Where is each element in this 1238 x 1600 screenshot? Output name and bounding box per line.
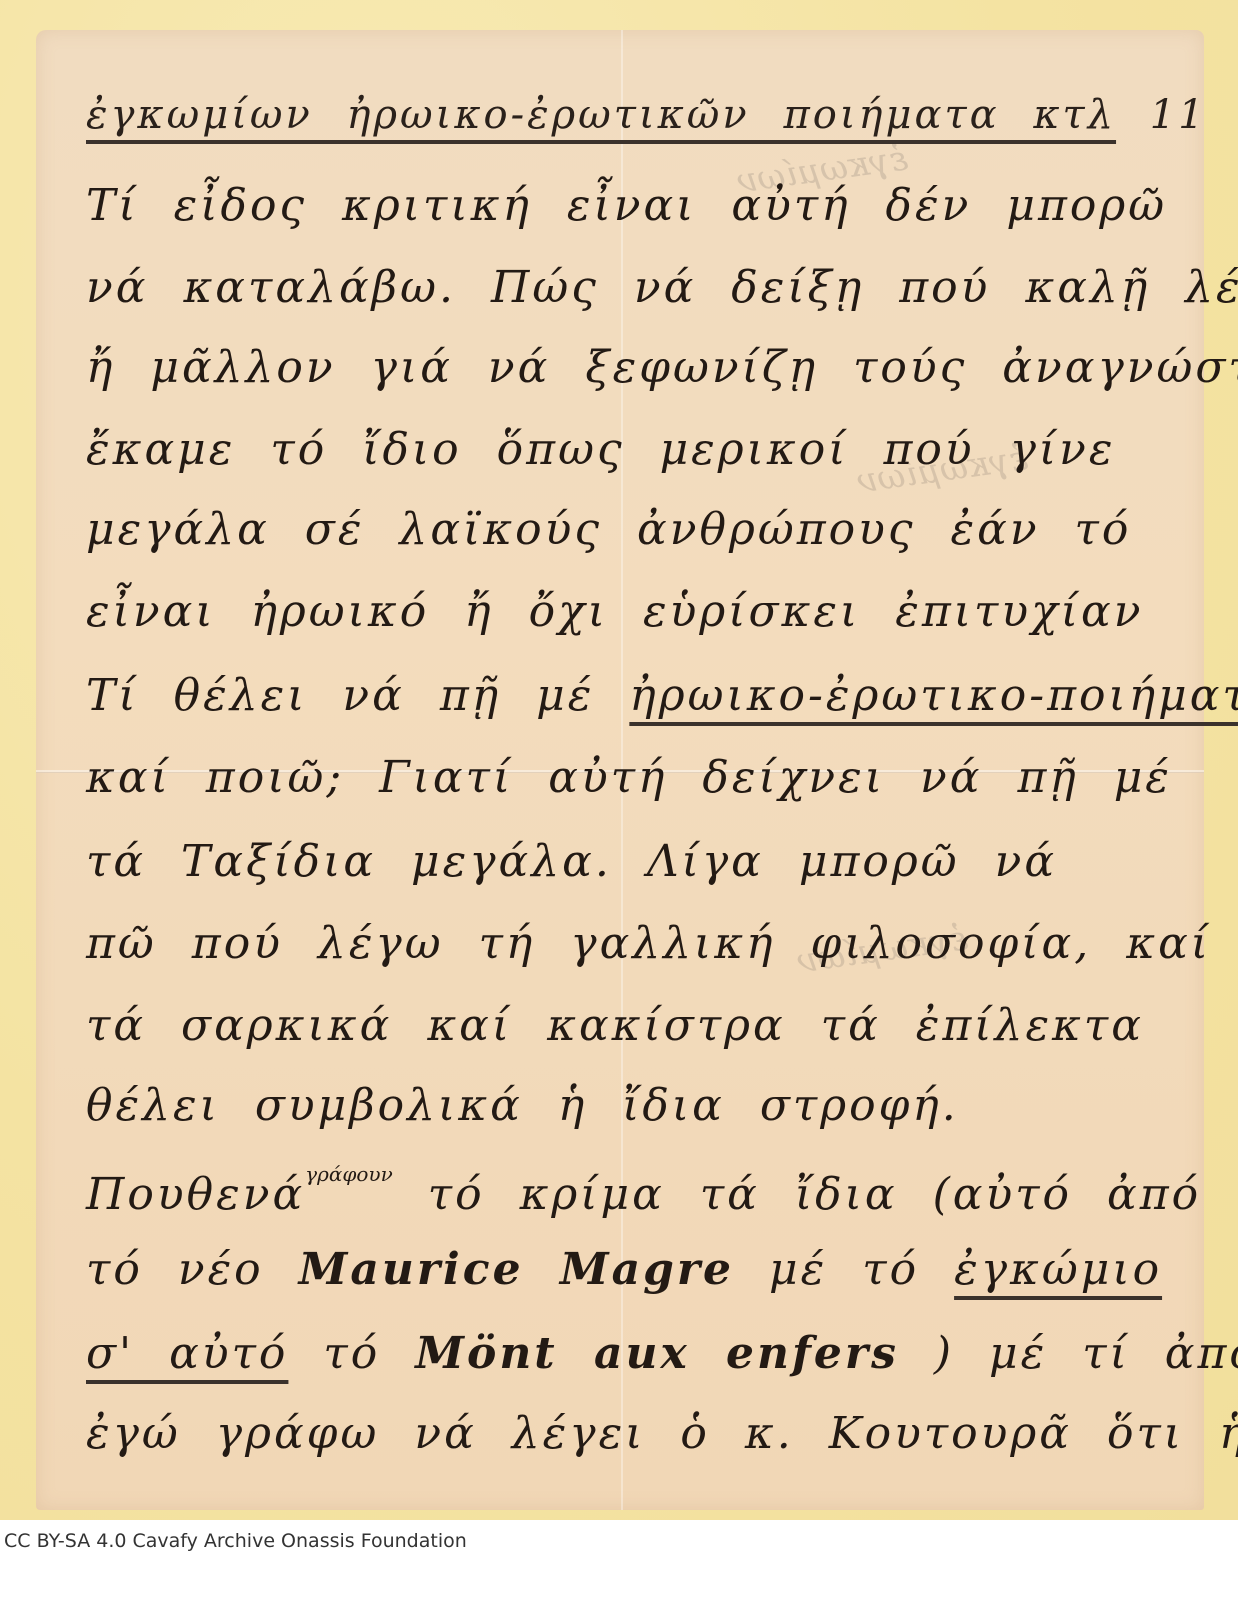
manuscript-line: Τί εἶδος κριτική εἶναι αὐτή δέν μπορῶ [86, 180, 1167, 231]
interlinear-insertion: γράφουν [305, 1162, 393, 1186]
underlined-phrase: ἠρωικο-ἐρωτικο-ποιήματα [629, 670, 1238, 721]
manuscript-line: μεγάλα σέ λαϊκούς ἀνθρώπους ἐάν τό [86, 504, 1131, 555]
manuscript-heading-line: ἐγκωμίων ἠρωικο-ἐρωτικῶν ποιήματα κτλ 11 [86, 92, 1207, 138]
manuscript-page: ἐγκωμίων ἐγκωμίων ἐγκωμίων ἐγκωμίων ἠρωι… [36, 30, 1204, 1510]
archive-mount-background: ἐγκωμίων ἐγκωμίων ἐγκωμίων ἐγκωμίων ἠρωι… [0, 0, 1238, 1520]
manuscript-line: ἔκαμε τό ἴδιο ὅπως μερικοί πού γίνε [86, 424, 1116, 475]
manuscript-line: Τί θέλει νά πῇ μέ ἠρωικο-ἐρωτικο-ποιήματ… [86, 670, 1238, 721]
latin-title: Mönt aux enfers [415, 1328, 899, 1379]
manuscript-line: ἤ μᾶλλον γιά νά ξεφωνίζῃ τούς ἀναγνώστες… [86, 342, 1238, 393]
underlined-phrase: ἐγκώμιο [954, 1244, 1162, 1295]
line-rest: τό κρίμα τά ἴδια (αὐτό ἀπό [428, 1169, 1201, 1220]
heading-suffix: 11 [1150, 92, 1207, 138]
line-word: τό [323, 1328, 380, 1379]
line-rest: ) μέ τί ἀπορία [934, 1328, 1238, 1379]
manuscript-line: τά Ταξίδια μεγάλα. Λίγα μπορῶ νά [86, 836, 1057, 887]
manuscript-line: ἐγώ γράφω νά λέγει ὁ κ. Κουτουρᾶ ὅτι ἡ [86, 1408, 1238, 1459]
latin-name: Maurice Magre [299, 1244, 734, 1295]
manuscript-line: πῶ πού λέγω τή γαλλική φιλοσοφία, καί [86, 918, 1211, 969]
manuscript-line: θέλει συμβολικά ἡ ἴδια στροφή. [86, 1080, 959, 1131]
line-word: Πουθενά [86, 1169, 305, 1220]
heading-text: ἐγκωμίων ἠρωικο-ἐρωτικῶν ποιήματα κτλ [86, 92, 1116, 138]
manuscript-line: σ' αὐτό τό Mönt aux enfers ) μέ τί ἀπορί… [86, 1328, 1238, 1379]
manuscript-line: τά σαρκικά καί κακίστρα τά ἐπίλεκτα [86, 1000, 1144, 1051]
manuscript-line: εἶναι ἠρωικό ἤ ὄχι εὑρίσκει ἐπιτυχίαν [86, 586, 1143, 637]
manuscript-line: νά καταλάβω. Πώς νά δείξῃ πού καλῇ λέγει [86, 262, 1238, 313]
manuscript-line: Πουθενάγράφουν τό κρίμα τά ἴδια (αὐτό ἀπ… [86, 1162, 1201, 1220]
manuscript-line: καί ποιῶ; Γιατί αὐτή δείχνει νά πῇ μέ [86, 752, 1172, 803]
license-caption: CC BY-SA 4.0 Cavafy Archive Onassis Foun… [4, 1530, 467, 1552]
line-prefix: Τί θέλει νά πῇ μέ [86, 670, 594, 721]
underlined-phrase: σ' αὐτό [86, 1328, 288, 1379]
line-rest: μέ τό [769, 1244, 919, 1295]
line-word: τό νέο [86, 1244, 264, 1295]
manuscript-line: τό νέο Maurice Magre μέ τό ἐγκώμιο [86, 1244, 1162, 1295]
